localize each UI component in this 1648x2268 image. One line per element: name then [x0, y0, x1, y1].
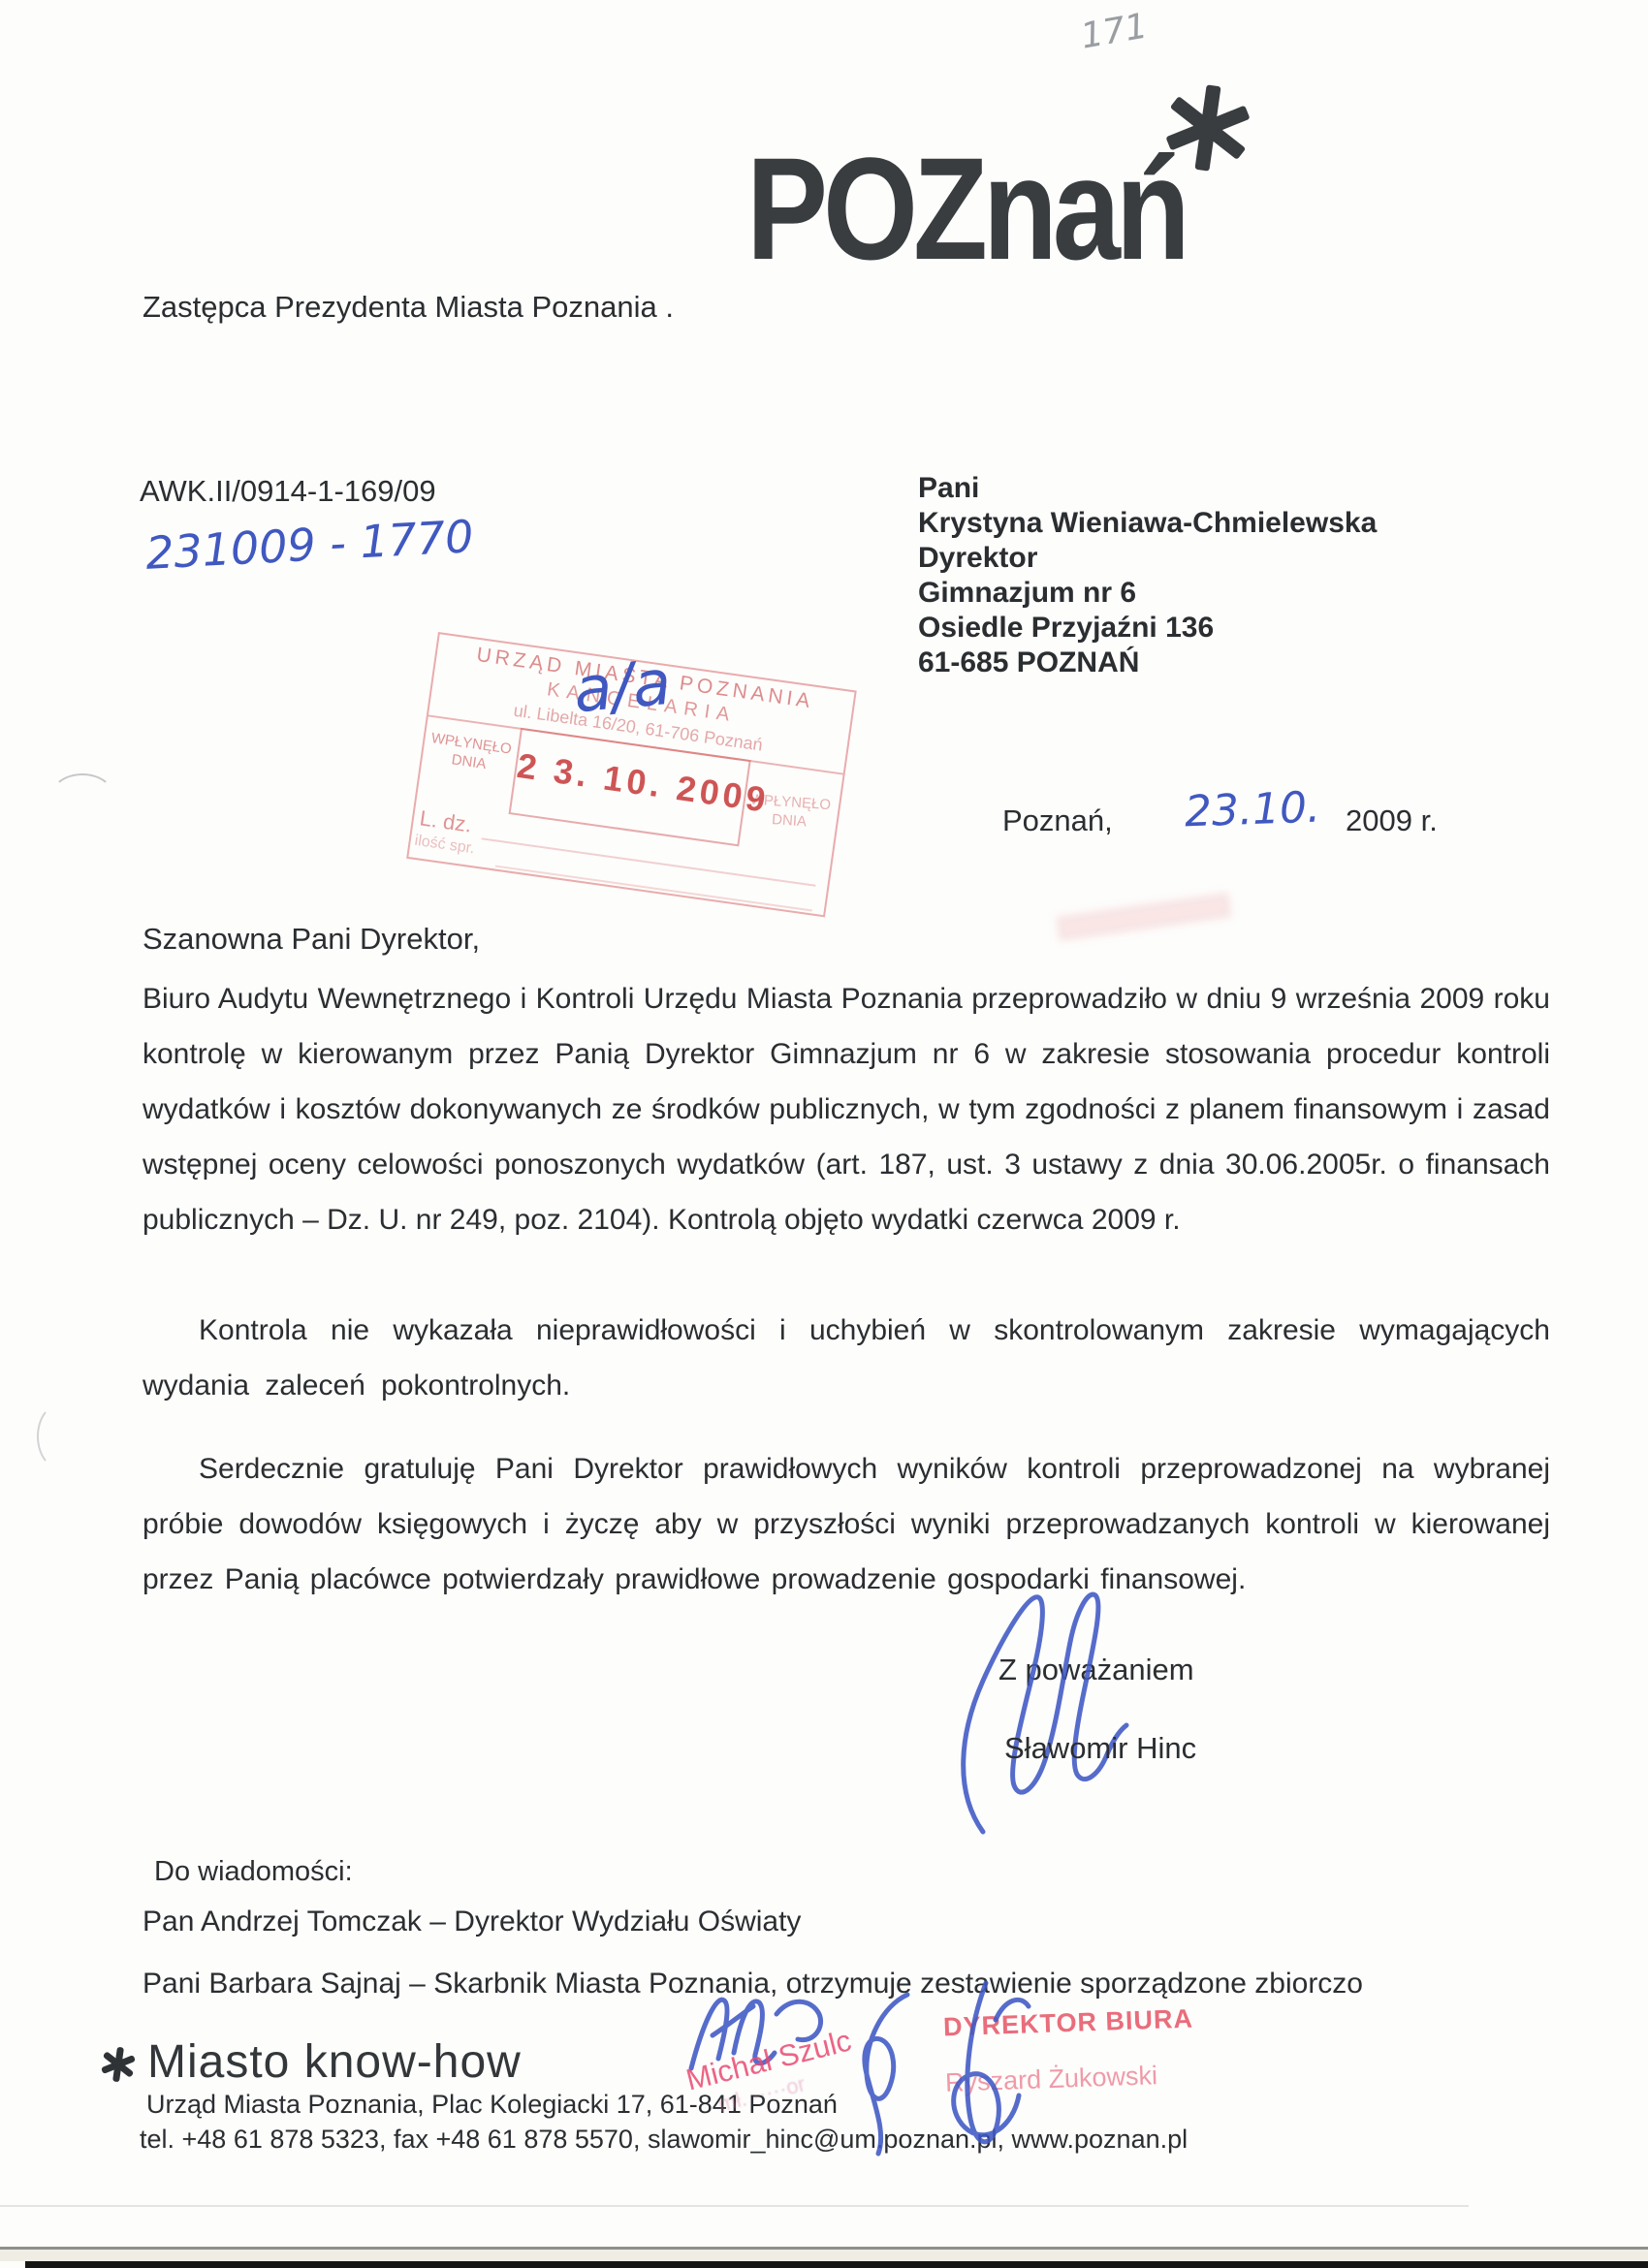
- salutation: Szanowna Pani Dyrektor,: [143, 922, 480, 957]
- body-paragraph: Biuro Audytu Wewnętrznego i Kontroli Urz…: [143, 971, 1550, 1247]
- footer-slogan: Miasto know-how: [147, 2035, 522, 2089]
- scan-black-band: [25, 2261, 1648, 2268]
- footer-asterisk-icon: [101, 2047, 136, 2082]
- body-paragraph: Kontrola nie wykazała nieprawidłowości i…: [143, 1303, 1550, 1413]
- reference-number: AWK.II/0914-1-169/09: [140, 474, 436, 509]
- stamp-date: 2 3. 10. 2009: [515, 745, 747, 817]
- recipient-block: Pani Krystyna Wieniawa-Chmielewska Dyrek…: [918, 471, 1377, 680]
- dateline-city: Poznań,: [1002, 803, 1113, 838]
- stamp-received-label-left: WPŁYNĘŁO DNIA: [424, 729, 517, 777]
- cc-heading: Do wiadomości:: [154, 1856, 353, 1888]
- signature-hinc: [950, 1588, 1183, 1840]
- cc-item: Pan Andrzej Tomczak – Dyrektor Wydziału …: [143, 1906, 801, 1938]
- handwritten-page-number: 171: [1078, 6, 1151, 56]
- recipient-line: 61-685 POZNAŃ: [918, 646, 1377, 680]
- recipient-line: Gimnazjum nr 6: [918, 576, 1377, 611]
- signature-middle: [826, 1985, 933, 2159]
- recipient-line: Osiedle Przyjaźni 136: [918, 611, 1377, 646]
- body-paragraph: Serdecznie gratuluję Pani Dyrektor prawi…: [143, 1441, 1550, 1607]
- dateline-handwritten-day: 23.10.: [1184, 783, 1321, 837]
- recipient-line: Pani: [918, 471, 1377, 506]
- recipient-line: Dyrektor: [918, 541, 1377, 576]
- stamp-smudge-artifact: [1056, 893, 1232, 942]
- scan-arc-artifact: [50, 773, 114, 820]
- letter-page: 171 POZnań Zastępca Prezydenta Miasta Po…: [0, 0, 1648, 2268]
- recipient-line: Krystyna Wieniawa-Chmielewska: [918, 506, 1377, 541]
- handwritten-reference: 231009 - 1770: [144, 510, 475, 580]
- logo-asterisk-icon: [1165, 85, 1251, 171]
- handwritten-aa-annotation: a/a: [571, 647, 674, 727]
- stamp-received-label-right: WPŁYNĘŁO DNIA: [745, 790, 835, 833]
- scan-arc-artifact: [37, 1403, 83, 1469]
- scan-line-artifact: [0, 2205, 1469, 2207]
- signature-director: [926, 1977, 1052, 2171]
- closing-name: Sławomir Hinc: [1004, 1731, 1196, 1766]
- poznan-logo: POZnań: [746, 136, 1186, 281]
- dateline-year: 2009 r.: [1346, 803, 1438, 838]
- scan-edge-strip: [0, 2250, 1648, 2261]
- sender-title: Zastępca Prezydenta Miasta Poznania .: [143, 290, 674, 325]
